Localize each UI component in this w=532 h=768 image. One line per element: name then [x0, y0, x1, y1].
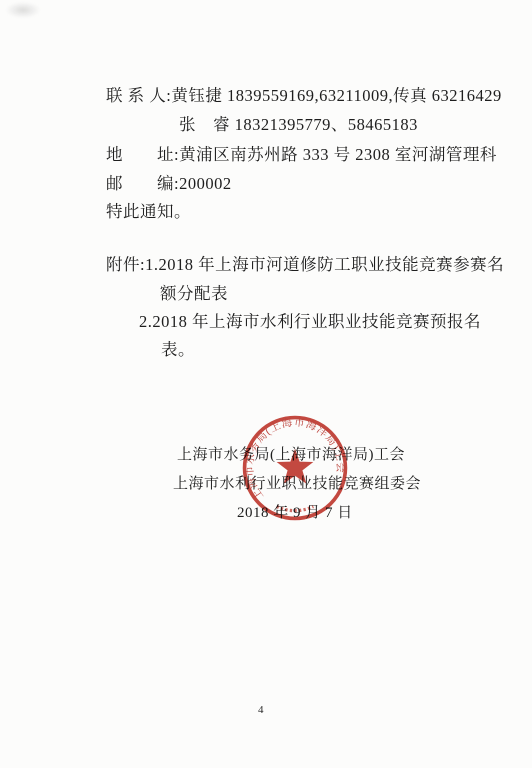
- signature-org-2: 上海市水利行业职业技能竞赛组委会: [173, 472, 421, 493]
- signature-org-1: 上海市水务局(上海市海洋局)工会: [177, 443, 405, 464]
- postcode-label: 邮 编:: [106, 174, 179, 193]
- attachment-line-3: 2.2018 年上海市水利行业职业技能竞赛预报名: [139, 308, 481, 332]
- postcode-line: 邮 编:200002: [106, 170, 232, 194]
- attachment2-text-2: 表。: [161, 340, 195, 359]
- attachment2-text-1: 2.2018 年上海市水利行业职业技能竞赛预报名: [139, 312, 481, 331]
- contact-person-1: 黄钰捷 1839559169,63211009,传真 63216429: [171, 86, 501, 105]
- postcode-value: 200002: [179, 174, 232, 193]
- attachment-line-1: 附件:1.2018 年上海市河道修防工职业技能竞赛参赛名: [106, 251, 504, 275]
- address-line: 地 址:黄浦区南苏州路 333 号 2308 室河湖管理科: [106, 141, 497, 165]
- contact-line-2: 张 睿 18321395779、58465183: [179, 111, 418, 135]
- signature-date-text: 2018 年 9 月 7 日: [237, 505, 353, 521]
- closing-line: 特此通知。: [106, 198, 191, 222]
- contact-person-2: 张 睿 18321395779、58465183: [179, 115, 418, 134]
- signature-org-1-text: 上海市水务局(上海市海洋局)工会: [177, 447, 405, 463]
- attachment1-text-1: 1.2018 年上海市河道修防工职业技能竞赛参赛名: [145, 255, 504, 274]
- scan-artifact: [6, 2, 40, 18]
- attachment1-text-2: 额分配表: [160, 284, 228, 303]
- attachment-line-2: 额分配表: [160, 280, 228, 304]
- page-number-text: 4: [258, 704, 264, 716]
- attachments-label: 附件:: [106, 255, 145, 274]
- document-page: 联 系 人:黄钰捷 1839559169,63211009,传真 6321642…: [0, 0, 532, 768]
- contact-line-1: 联 系 人:黄钰捷 1839559169,63211009,传真 6321642…: [106, 82, 502, 106]
- page-number: 4: [258, 704, 264, 716]
- address-label: 地 址:: [106, 145, 179, 164]
- signature-date: 2018 年 9 月 7 日: [237, 501, 353, 522]
- address-value: 黄浦区南苏州路 333 号 2308 室河湖管理科: [179, 145, 497, 164]
- signature-org-2-text: 上海市水利行业职业技能竞赛组委会: [173, 476, 421, 492]
- contact-label: 联 系 人:: [106, 86, 171, 105]
- attachment-line-4: 表。: [161, 336, 195, 360]
- closing-text: 特此通知。: [106, 202, 191, 221]
